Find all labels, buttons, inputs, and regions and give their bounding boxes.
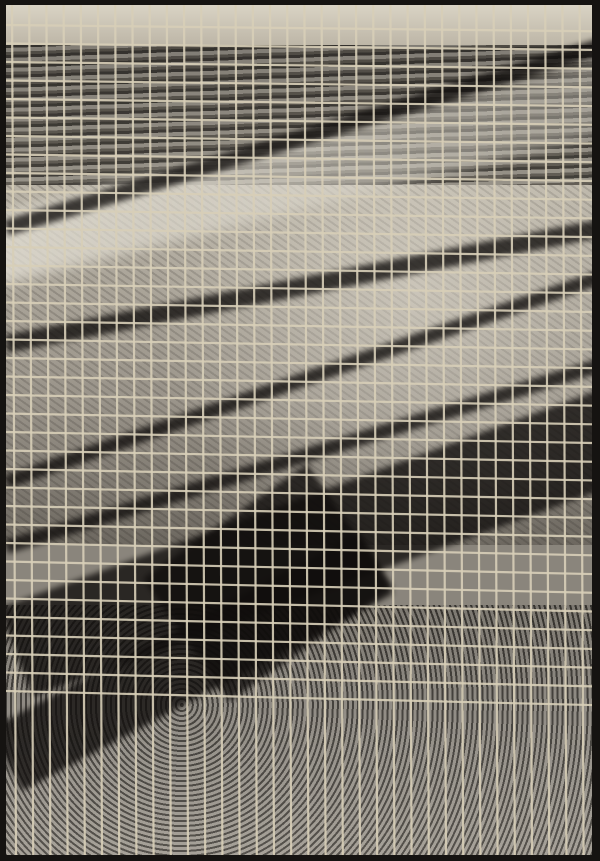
fence-photograph [6, 5, 592, 855]
photo-frame [0, 0, 600, 861]
wire-mesh [6, 5, 592, 855]
